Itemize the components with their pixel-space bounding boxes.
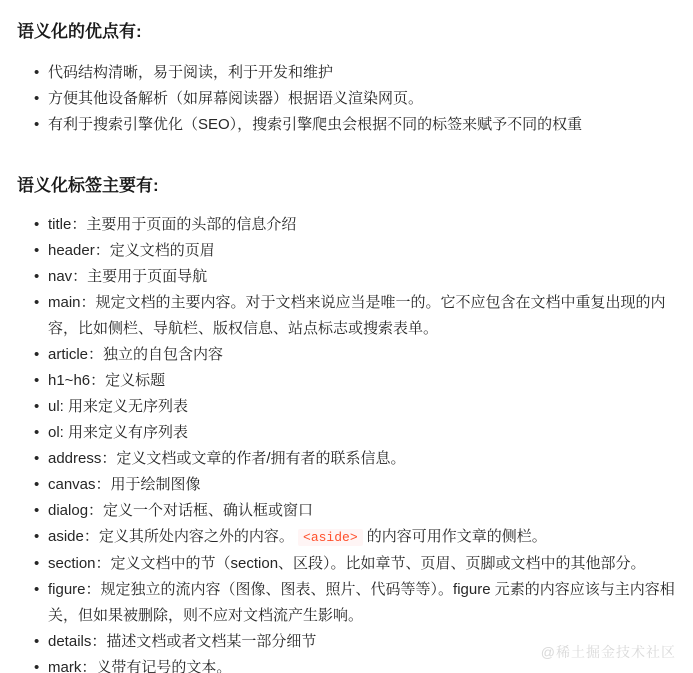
list-item-text: main：规定文档的主要内容。对于文档来说应当是唯一的。它不应包含在文档中重复出… bbox=[48, 294, 666, 337]
list-item-nav: nav：主要用于页面导航 bbox=[48, 264, 676, 290]
list-item-article: article：独立的自包含内容 bbox=[48, 342, 676, 368]
list-item-text: section：定义文档中的节（section、区段）。比如章节、页眉、页脚或文… bbox=[48, 555, 646, 572]
tags-list: title：主要用于页面的头部的信息介绍 header：定义文档的页眉 nav：… bbox=[17, 212, 676, 673]
list-item-text: title：主要用于页面的头部的信息介绍 bbox=[48, 216, 296, 233]
list-item: 代码结构清晰，易于阅读，利于开发和维护 bbox=[48, 60, 676, 86]
list-item-headings: h1~h6：定义标题 bbox=[48, 368, 676, 394]
list-item-canvas: canvas：用于绘制图像 bbox=[48, 472, 676, 498]
list-item: 有利于搜索引擎优化（SEO），搜索引擎爬虫会根据不同的标签来赋予不同的权重 bbox=[48, 112, 676, 138]
list-item-header: header：定义文档的页眉 bbox=[48, 238, 676, 264]
list-item-text: dialog：定义一个对话框、确认框或窗口 bbox=[48, 502, 313, 519]
advantages-list: 代码结构清晰，易于阅读，利于开发和维护 方便其他设备解析（如屏幕阅读器）根据语义… bbox=[17, 60, 676, 138]
list-item-text: 方便其他设备解析（如屏幕阅读器）根据语义渲染网页。 bbox=[48, 90, 423, 107]
list-item-text: article：独立的自包含内容 bbox=[48, 346, 223, 363]
list-item-text: h1~h6：定义标题 bbox=[48, 372, 165, 389]
list-item-main: main：规定文档的主要内容。对于文档来说应当是唯一的。它不应包含在文档中重复出… bbox=[48, 290, 676, 342]
list-item-address: address：定义文档或文章的作者/拥有者的联系信息。 bbox=[48, 446, 676, 472]
list-item-ul: ul: 用来定义无序列表 bbox=[48, 394, 676, 420]
list-item-text: header：定义文档的页眉 bbox=[48, 242, 215, 259]
list-item-aside: aside：定义其所处内容之外的内容。 <aside> 的内容可用作文章的侧栏。 bbox=[48, 524, 676, 551]
list-item: 方便其他设备解析（如屏幕阅读器）根据语义渲染网页。 bbox=[48, 86, 676, 112]
list-item-text: nav：主要用于页面导航 bbox=[48, 268, 207, 285]
list-item-text: ol: 用来定义有序列表 bbox=[48, 424, 188, 441]
section-heading-advantages: 语义化的优点有: bbox=[17, 20, 676, 44]
article-content: 语义化的优点有: 代码结构清晰，易于阅读，利于开发和维护 方便其他设备解析（如屏… bbox=[0, 0, 693, 673]
list-item-text: aside：定义其所处内容之外的内容。 bbox=[48, 528, 298, 545]
list-item-text: ul: 用来定义无序列表 bbox=[48, 398, 188, 415]
section-heading-tags: 语义化标签主要有: bbox=[17, 174, 676, 198]
aside-inline-code: <aside> bbox=[298, 529, 363, 546]
list-item-text: 有利于搜索引擎优化（SEO），搜索引擎爬虫会根据不同的标签来赋予不同的权重 bbox=[48, 116, 582, 133]
list-item-text: figure：规定独立的流内容（图像、图表、照片、代码等等）。figure 元素… bbox=[48, 581, 675, 624]
list-item-text: details：描述文档或者文档某一部分细节 bbox=[48, 633, 316, 650]
list-item-text: 代码结构清晰，易于阅读，利于开发和维护 bbox=[48, 64, 333, 81]
list-item-text: 的内容可用作文章的侧栏。 bbox=[363, 528, 547, 545]
list-item-text: address：定义文档或文章的作者/拥有者的联系信息。 bbox=[48, 450, 406, 467]
list-item-text: mark：义带有记号的文本。 bbox=[48, 659, 231, 673]
list-item-figure: figure：规定独立的流内容（图像、图表、照片、代码等等）。figure 元素… bbox=[48, 577, 676, 629]
list-item-ol: ol: 用来定义有序列表 bbox=[48, 420, 676, 446]
watermark: @稀土掘金技术社区 bbox=[541, 642, 676, 662]
list-item-title: title：主要用于页面的头部的信息介绍 bbox=[48, 212, 676, 238]
list-item-text: canvas：用于绘制图像 bbox=[48, 476, 201, 493]
list-item-section: section：定义文档中的节（section、区段）。比如章节、页眉、页脚或文… bbox=[48, 551, 676, 577]
list-item-dialog: dialog：定义一个对话框、确认框或窗口 bbox=[48, 498, 676, 524]
